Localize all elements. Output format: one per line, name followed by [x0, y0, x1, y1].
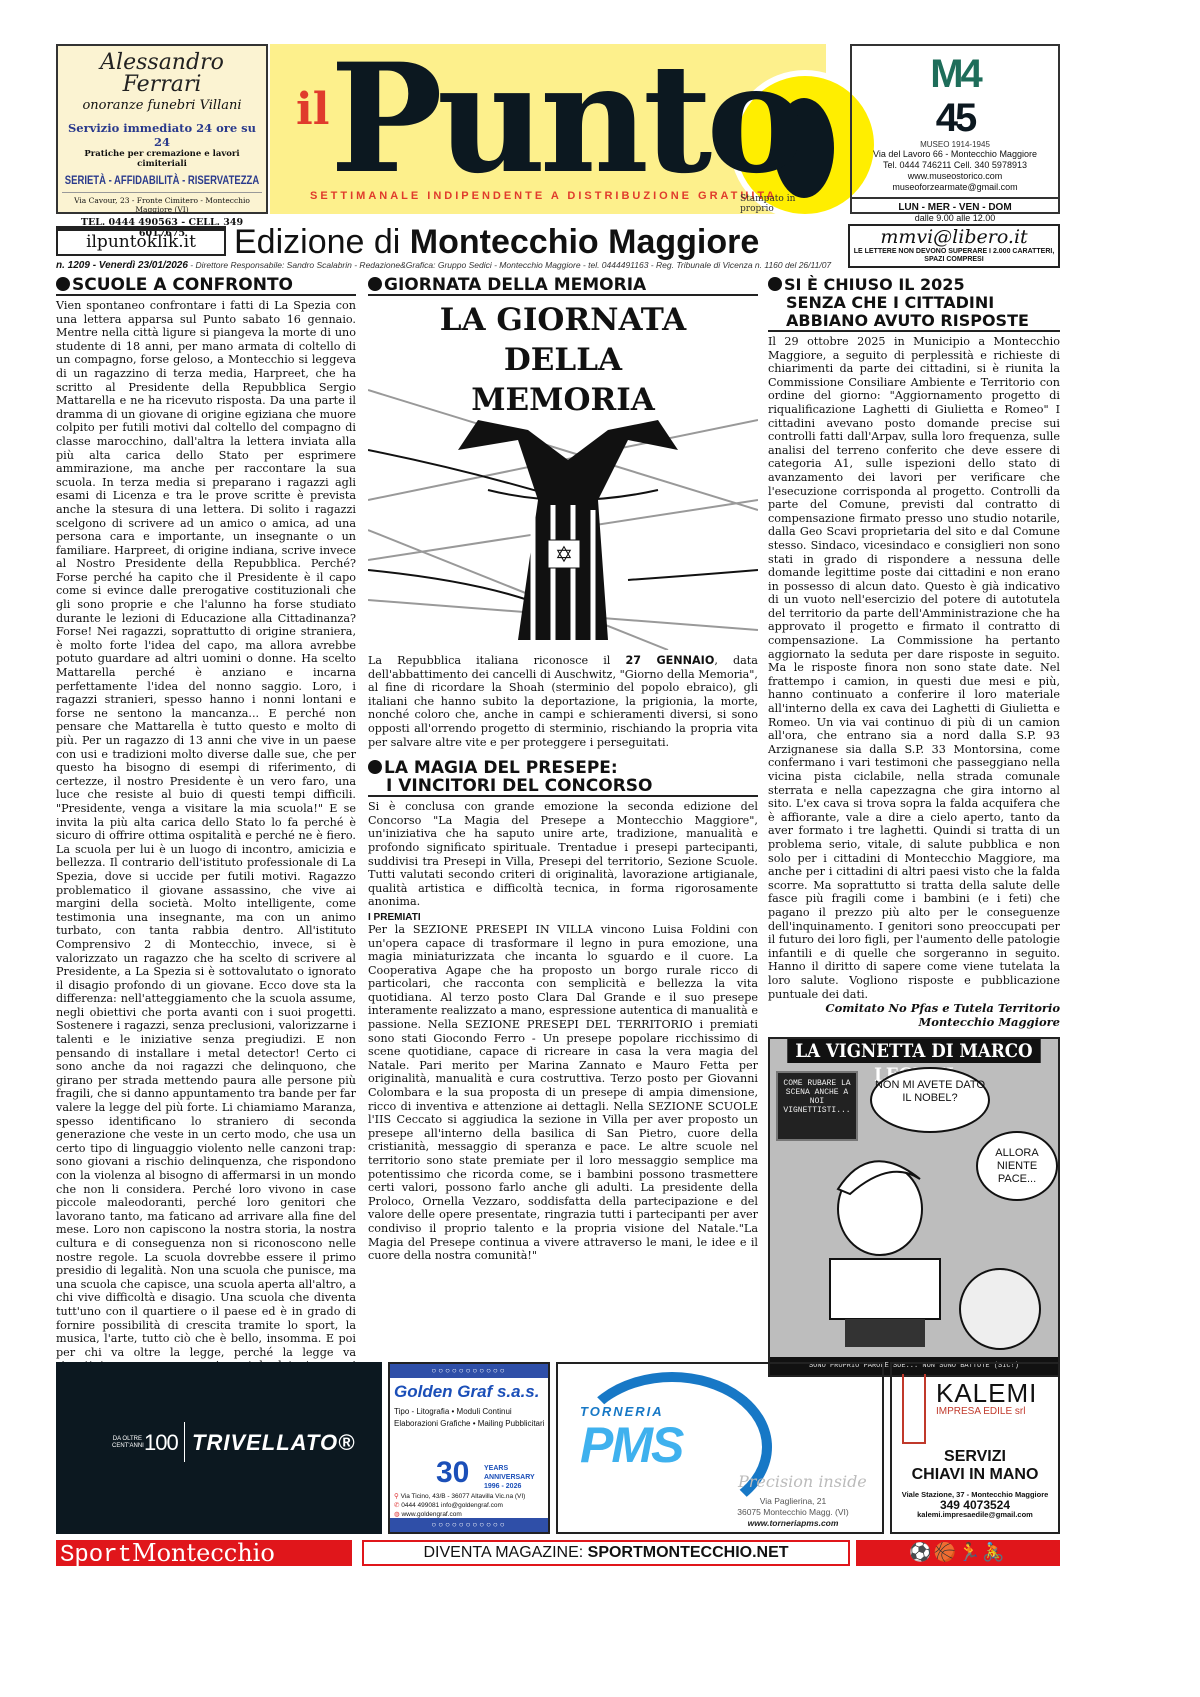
kalemi-sub: IMPRESA EDILE srl: [936, 1406, 1025, 1417]
masthead-printed: Stampato in proprio: [740, 194, 826, 214]
gg-anniv-label: YEARS ANNIVERSARY 1996 - 2026: [484, 1464, 550, 1491]
article-body: Vien spontaneo confrontare i fatti di La…: [56, 299, 356, 1387]
museo-phones: Tel. 0444 746211 Cell. 340 5978913: [852, 160, 1058, 171]
phone-icon: ✆ 0444 499081 info@goldengraf.com: [394, 1501, 525, 1510]
kalemi-brand: KALEMI: [936, 1378, 1037, 1409]
gg-contacts: ⚲ Via Ticino, 43/B - 36077 Altavilla Vic…: [394, 1492, 525, 1519]
ad-practices: Pratiche per cremazione e lavori cimiter…: [62, 149, 262, 169]
letters-box: mmvi@libero.it LE LETTERE NON DEVONO SUP…: [848, 224, 1060, 268]
kalemi-email[interactable]: kalemi.impresaedile@gmail.com: [892, 1510, 1058, 1520]
ad-kalemi[interactable]: KALEMI IMPRESA EDILE srl SERVIZI CHIAVI …: [890, 1362, 1060, 1534]
magazine-cta[interactable]: DIVENTA MAGAZINE: SPORTMONTECCHIO.NET: [362, 1540, 850, 1566]
kalemi-contacts: Viale Stazione, 37 - Montecchio Maggiore…: [892, 1490, 1058, 1520]
ad-name-2: Ferrari: [62, 74, 262, 96]
ad-museo[interactable]: M445 MUSEO 1914-1945 Via del Lavoro 66 -…: [850, 44, 1060, 214]
illustration-title: LA GIORNATA DELLA MEMORIA: [368, 300, 758, 420]
trivellato-brand: TRIVELLATO®: [192, 1430, 355, 1456]
article-columns: SCUOLE A CONFRONTO Vien spontaneo confro…: [56, 276, 1060, 1356]
ad-values: SERIETÀ - AFFIDABILITÀ - RISERVATEZZA: [62, 173, 262, 187]
museo-web[interactable]: www.museostorico.com: [852, 171, 1058, 182]
chiuso-body: Il 29 ottobre 2025 in Municipio a Montec…: [768, 335, 1060, 1001]
presepe-subheading: I PREMIATI: [368, 912, 758, 923]
ad-trivellato[interactable]: DA OLTRE CENT'ANNI 100 TRIVELLATO®: [56, 1362, 382, 1534]
museo-logo: M445: [852, 52, 1058, 140]
bullet-icon: [768, 277, 782, 291]
location-pin-icon: ⚲ Via Ticino, 43/B - 36077 Altavilla Vic…: [394, 1492, 525, 1501]
header: Alessandro Ferrari onoranze funebri Vill…: [56, 44, 1060, 214]
divider: [184, 1422, 185, 1462]
bullet-icon: [368, 277, 382, 291]
issue-info: n. 1209 - Venerdì 23/01/2026 - Direttore…: [56, 260, 831, 271]
column-right: SI È CHIUSO IL 2025SENZA CHE I CITTADINI…: [768, 276, 1060, 1377]
masthead-title: Punto: [330, 34, 800, 204]
masthead: il Punto SETTIMANALE INDIPENDENTE A DIST…: [270, 44, 826, 214]
gg-line1: Tipo - Litografia • Moduli Continui: [394, 1406, 548, 1418]
newspaper-page: Alessandro Ferrari onoranze funebri Vill…: [56, 44, 1060, 1568]
cartoon-figure-icon: [770, 1139, 1058, 1359]
letters-email[interactable]: mmvi@libero.it: [850, 226, 1058, 248]
dots-strip: ○○○○○○○○○○○: [390, 1364, 548, 1378]
cartoon-caption-box: COME RUBARE LA SCENA ANCHE A NOI VIGNETT…: [776, 1071, 858, 1141]
chiuso-signature-2: Montecchio Maggiore: [768, 1015, 1060, 1029]
presepe-body: Per la SEZIONE PRESEPI IN VILLA vincono …: [368, 923, 758, 1263]
edition-town: Montecchio Maggiore: [410, 223, 759, 261]
letters-note: LE LETTERE NON DEVONO SUPERARE I 2.000 C…: [850, 248, 1058, 264]
article-heading-memoria: GIORNATA DELLA MEMORIA: [368, 276, 758, 296]
sports-silhouettes-icon: ⚽🏀🏃🚴: [856, 1540, 1060, 1566]
bottom-ads: DA OLTRE CENT'ANNI 100 TRIVELLATO® ○○○○○…: [56, 1362, 1060, 1534]
footer-banner: SportMontecchio DIVENTA MAGAZINE: SPORTM…: [56, 1540, 1060, 1568]
bullet-icon: [368, 760, 382, 774]
issue-number: n. 1209 - Venerdì 23/01/2026: [56, 260, 188, 271]
museo-name: MUSEO 1914-1945: [852, 140, 1058, 149]
masthead-il: il: [296, 84, 329, 135]
trivellato-100: 100: [144, 1430, 178, 1456]
cartoon-title: LA VIGNETTA DI MARCO LEGUMI: [787, 1039, 1040, 1063]
gg-line2: Elaborazioni Grafiche • Mailing Pubblici…: [394, 1418, 548, 1430]
column-center: GIORNATA DELLA MEMORIA: [368, 276, 758, 1263]
edition-title: Edizione di Montecchio Maggiore: [234, 222, 759, 262]
gg-anniversary: 30: [436, 1456, 469, 1490]
article-scuole: SCUOLE A CONFRONTO Vien spontaneo confro…: [56, 276, 356, 1401]
issue-credits: - Direttore Responsabile: Sandro Scalabr…: [188, 260, 831, 270]
masthead-tagline: SETTIMANALE INDIPENDENTE A DISTRIBUZIONE…: [310, 190, 777, 202]
bullet-icon: [56, 277, 70, 291]
presepe-intro: Si è conclusa con grande emozione la sec…: [368, 800, 758, 909]
kalemi-services: SERVIZI CHIAVI IN MANO: [892, 1448, 1058, 1484]
article-heading-presepe: LA MAGIA DEL PRESEPE:I VINCITORI DEL CON…: [368, 759, 758, 797]
article-heading: SCUOLE A CONFRONTO: [56, 276, 356, 296]
cartoon-vignetta: LA VIGNETTA DI MARCO LEGUMI COME RUBARE …: [768, 1037, 1060, 1377]
ad-torneria-pms[interactable]: TORNERIA PMS Precision inside Via Paglie…: [556, 1362, 884, 1534]
pms-brand: PMS: [580, 1416, 682, 1474]
site-link[interactable]: ilpuntoklik.it: [56, 226, 226, 256]
memoria-body: La Repubblica italiana riconosce il 27 G…: [368, 654, 758, 749]
ad-name-1: Alessandro: [62, 52, 262, 74]
museo-email[interactable]: museoforzearmate@gmail.com: [852, 182, 1058, 193]
memoria-illustration: ✡ LA GIORNATA DELLA MEMORIA: [368, 300, 758, 650]
pms-web[interactable]: www.torneriapms.com: [748, 1518, 839, 1528]
building-icon: [902, 1374, 926, 1444]
edition-prefix: Edizione di: [234, 223, 400, 261]
edition-bar: ilpuntoklik.it Edizione di Montecchio Ma…: [56, 222, 1060, 272]
museo-days: LUN - MER - VEN - DOM: [852, 197, 1058, 213]
svg-text:✡: ✡: [555, 543, 573, 568]
article-heading-chiuso: SI È CHIUSO IL 2025SENZA CHE I CITTADINI…: [768, 276, 1060, 332]
ad-service: Servizio immediato 24 ore su 24: [62, 121, 262, 149]
trivellato-small: DA OLTRE CENT'ANNI: [112, 1436, 142, 1450]
pms-slogan: Precision inside: [738, 1472, 867, 1491]
dots-strip: ○○○○○○○○○○○: [390, 1518, 548, 1532]
gg-name: Golden Graf s.a.s.: [394, 1382, 544, 1402]
ad-subtitle: onoranze funebri Villani: [62, 98, 262, 113]
museo-address: Via del Lavoro 66 - Montecchio Maggiore: [852, 149, 1058, 160]
ad-address: Via Cavour, 23 - Fronte Cimitero - Monte…: [62, 192, 262, 214]
sportmontecchio-logo[interactable]: SportMontecchio: [56, 1540, 352, 1566]
chiuso-signature-1: Comitato No Pfas e Tutela Territorio: [768, 1001, 1060, 1015]
speech-bubble-1: NON MI AVETE DATO IL NOBEL?: [870, 1067, 990, 1133]
ad-golden-graf[interactable]: ○○○○○○○○○○○ Golden Graf s.a.s. Tipo - Li…: [388, 1362, 550, 1534]
ad-ferrari-funeral[interactable]: Alessandro Ferrari onoranze funebri Vill…: [56, 44, 268, 214]
pms-address: Via Paglierina, 21 36075 Montecchio Magg…: [708, 1496, 878, 1529]
